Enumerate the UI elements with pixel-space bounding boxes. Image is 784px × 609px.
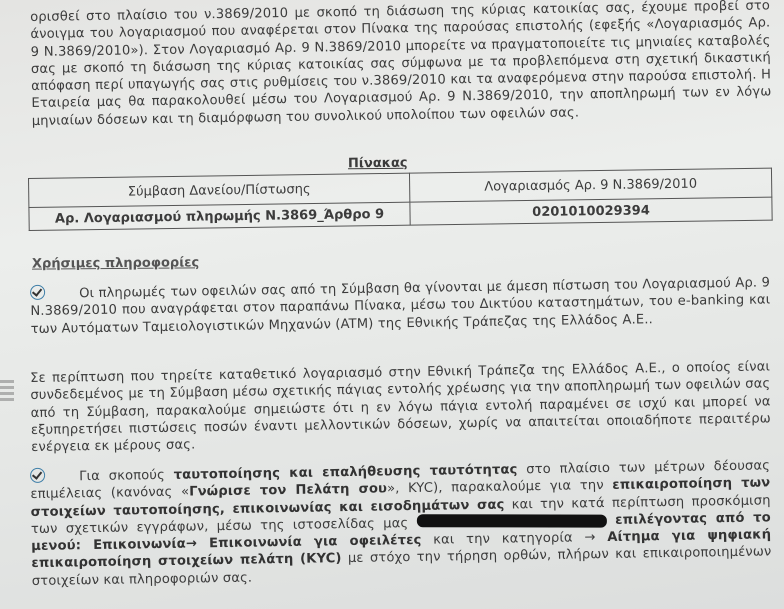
standing-order-paragraph: Σε περίπτωση που τηρείτε καταθετικό λογα… bbox=[30, 358, 771, 456]
redacted-website bbox=[417, 514, 607, 527]
kyc-text: και την κατηγορία → bbox=[421, 530, 607, 548]
useful-info-heading: Χρήσιμες πληροφορίες bbox=[32, 255, 199, 271]
table-title: Πίνακας bbox=[348, 156, 408, 172]
intro-paragraph: ορισθεί στο πλαίσιο του ν.3869/2010 με σ… bbox=[30, 0, 772, 130]
check-circle-icon bbox=[30, 285, 45, 300]
account-number: 0201010029394 bbox=[410, 197, 772, 225]
kyc-text: », KYC), παρακαλούμε για την bbox=[387, 478, 613, 497]
payments-paragraph: Οι πληρωμές των οφειλών σας από τη Σύμβα… bbox=[30, 273, 771, 338]
account-table: Σύμβαση Δανείου/Πίστωσης Λογαριασμός Αρ.… bbox=[28, 168, 773, 231]
kyc-text: Για σκοπούς bbox=[79, 468, 174, 484]
table-cell-label: Αρ. Λογαριασμού πληρωμής Ν.3869_Άρθρο 9 bbox=[29, 202, 410, 230]
letter-page: ορισθεί στο πλαίσιο του ν.3869/2010 με σ… bbox=[0, 0, 784, 609]
check-circle-icon bbox=[30, 468, 45, 483]
kyc-paragraph: Για σκοπούς ταυτοποίησης και επαλήθευσης… bbox=[30, 456, 772, 590]
payments-text: Οι πληρωμές των οφειλών σας από τη Σύμβα… bbox=[30, 275, 770, 336]
kyc-bold: Γνώρισε τον Πελάτη σου bbox=[189, 482, 387, 500]
margin-mark bbox=[0, 380, 14, 402]
